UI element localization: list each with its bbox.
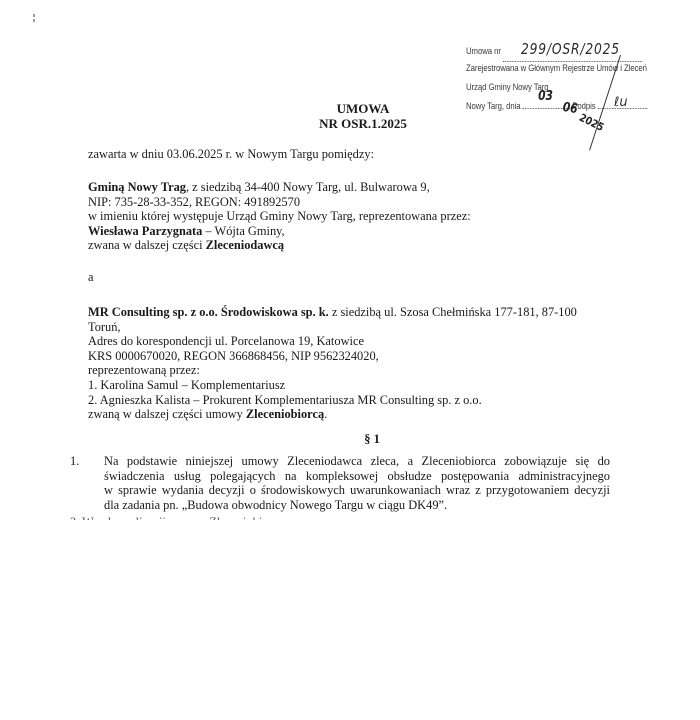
title-line1: UMOWA	[0, 101, 700, 116]
party1-called-role: Zleceniodawcą	[206, 238, 284, 252]
document-title: UMOWA NR OSR.1.2025	[0, 101, 700, 131]
stamp-contract-no-row: Umowa nr 299/OSR/2025	[466, 40, 655, 59]
section1-item-line: w sprawie wydania decyzji o środowiskowy…	[104, 483, 610, 498]
party2-ids: KRS 0000670020, REGON 366868456, NIP 956…	[88, 349, 379, 364]
section1-item-line: świadczenia usług polegających na komple…	[104, 469, 610, 484]
stamp-registered-text: Zarejestrowana w Głównym Rejestrze Umów …	[466, 59, 655, 78]
party1-address: , z siedzibą 34-400 Nowy Targ, ul. Bulwa…	[186, 180, 430, 194]
stamp-contract-no-label: Umowa nr	[466, 46, 501, 57]
party1-represented: w imieniu której występuje Urząd Gminy N…	[88, 209, 471, 224]
section1-item-line: Na podstawie niniejszej umowy Zlecenioda…	[104, 454, 610, 469]
party2-rep-2: 2. Agnieszka Kalista – Prokurent Komplem…	[88, 393, 482, 408]
section1-item: 1. Na podstawie niniejszej umowy Zleceni…	[70, 454, 610, 512]
party2-address-line2: Toruń,	[88, 320, 121, 335]
party1-rep-role: – Wójta Gminy,	[202, 224, 284, 238]
document-page: Umowa nr 299/OSR/2025 Zarejestrowana w G…	[0, 0, 700, 720]
party2-represented: reprezentowaną przez:	[88, 363, 200, 378]
party2-name-line: MR Consulting sp. z o.o. Środowiskowa sp…	[88, 305, 577, 320]
party1-called-line: zwana w dalszej części Zleceniodawcą	[88, 238, 284, 253]
party2-name: MR Consulting sp. z o.o. Środowiskowa sp…	[88, 305, 329, 319]
title-line2: NR OSR.1.2025	[0, 116, 700, 131]
party1-rep-name: Wiesława Parzygnata	[88, 224, 202, 238]
party2-address-line1: z siedzibą ul. Szosa Chełmińska 177-181,…	[329, 305, 577, 319]
section-heading: § 1	[0, 432, 700, 447]
party2-called-suffix: .	[324, 407, 327, 421]
party2-called-role: Zleceniobiorcą	[246, 407, 324, 421]
party1-rep-line: Wiesława Parzygnata – Wójta Gminy,	[88, 224, 285, 239]
party2-rep-1: 1. Karolina Samul – Komplementariusz	[88, 378, 285, 393]
stamp-contract-no-handwritten: 299/OSR/2025	[521, 40, 620, 58]
party1-called-prefix: zwana w dalszej części	[88, 238, 206, 252]
scan-mark	[33, 14, 35, 22]
conjunction: a	[88, 270, 94, 285]
intro-text: zawarta w dniu 03.06.2025 r. w Nowym Tar…	[88, 147, 374, 162]
section1-item-body: Na podstawie niniejszej umowy Zlecenioda…	[104, 454, 610, 512]
party2-correspondence: Adres do korespondencji ul. Porcelanowa …	[88, 334, 364, 349]
party2-called-line: zwaną w dalszej części umowy Zleceniobio…	[88, 407, 327, 422]
party1-ids: NIP: 735-28-33-352, REGON: 491892570	[88, 195, 300, 210]
section1-item-line: dla zadania pn. „Budowa obwodnicy Nowego…	[104, 498, 610, 513]
section1-cut-off-line: 2. W celu realizacji umowy Zleceniobiorc…	[70, 515, 370, 520]
section1-item-number: 1.	[70, 454, 79, 469]
party2-called-prefix: zwaną w dalszej części umowy	[88, 407, 246, 421]
party1-name-line: Gminą Nowy Trag, z siedzibą 34-400 Nowy …	[88, 180, 430, 195]
party1-name: Gminą Nowy Trag	[88, 180, 186, 194]
